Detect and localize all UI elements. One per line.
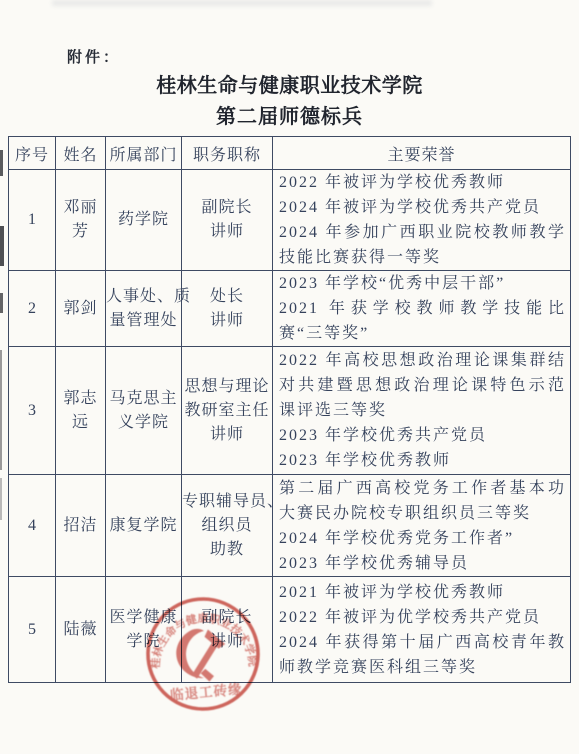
cell-serial-number: 3: [9, 347, 56, 475]
cell-serial-number: 1: [9, 170, 56, 271]
cell-name-line: 郭志: [56, 387, 105, 411]
cell-name: 郭志远: [56, 347, 106, 475]
cell-position-title-line: 讲师: [182, 423, 272, 447]
cell-department-line: 义学院: [106, 411, 181, 435]
cell-position-title-line: 组织员: [182, 514, 272, 538]
cell-position-title-line: 助教: [182, 538, 272, 562]
cell-name-line: 招洁: [56, 514, 105, 538]
cell-position-title: 处长讲师: [182, 271, 273, 347]
cell-position-title-line: 讲师: [182, 630, 272, 654]
honor-item: 2023 年学校优秀教师: [279, 448, 566, 473]
honor-roll-table: 序号姓名所属部门职务职称主要荣誉 1邓丽芳药学院副院长讲师2022 年被评为学校…: [8, 136, 571, 683]
cell-position-title-line: 讲师: [182, 220, 272, 244]
table-row: 1邓丽芳药学院副院长讲师2022 年被评为学校优秀教师2024 年被评为学校优秀…: [9, 170, 571, 271]
cell-name-line: 邓丽: [56, 196, 105, 220]
cell-department: 康复学院: [106, 475, 182, 577]
scan-edge-artifact: [0, 150, 3, 176]
scanned-document-page: 附件： 桂林生命与健康职业技术学院 第二届师德标兵 序号姓名所属部门职务职称主要…: [0, 0, 579, 754]
cell-name: 陆薇: [56, 577, 106, 683]
honor-item: 第二届广西高校党务工作者基本功大赛民办院校专职组织员三等奖: [279, 476, 566, 526]
honor-item: 2022 年高校思想政治理论课集群结对共建暨思想政治理论课特色示范课评选三等奖: [279, 348, 566, 423]
scan-edge-artifact: [0, 350, 2, 470]
cell-position-title-line: 处长: [182, 285, 272, 309]
cell-position-title-line: 教研室主任: [182, 399, 272, 423]
honor-item: 2024 年获得第十届广西高校青年教师教学竞赛医科组三等奖: [279, 630, 566, 680]
document-title-line2: 第二届师德标兵: [0, 100, 579, 129]
scan-edge-artifact: [0, 226, 4, 266]
cell-position-title-line: 思想与理论: [182, 375, 272, 399]
cell-department-line: 医学健康: [106, 606, 181, 630]
cell-department-line: 药学院: [106, 208, 181, 232]
table-row: 2郭剑人事处、质量管理处处长讲师2023 年学校“优秀中层干部”2021 年获学…: [9, 271, 571, 347]
table-row: 5陆薇医学健康学院副院长讲师2021 年被评为学校优秀教师2022 年被评为优学…: [9, 577, 571, 683]
cell-position-title: 思想与理论教研室主任讲师: [182, 347, 273, 475]
cell-position-title: 副院长讲师: [182, 170, 273, 271]
honor-item: 2022 年被评为优学校秀共产党员: [279, 605, 566, 630]
honor-item: 2023 年学校优秀共产党员: [279, 423, 566, 448]
scan-smudge-top: [52, 0, 432, 6]
cell-position-title-line: 讲师: [182, 309, 272, 333]
attachment-label: 附件：: [67, 46, 121, 67]
honor-item: 2024 年参加广西职业院校教师教学技能比赛获得一等奖: [279, 220, 566, 270]
honor-item: 2021 年获学校教师教学技能比赛“三等奖”: [279, 296, 566, 346]
cell-department-line: 量管理处: [106, 309, 181, 333]
cell-name: 邓丽芳: [56, 170, 106, 271]
cell-position-title-line: 副院长: [182, 606, 272, 630]
table-header-row: 序号姓名所属部门职务职称主要荣誉: [9, 137, 571, 170]
honor-item: 2021 年被评为学校优秀教师: [279, 580, 566, 605]
cell-department: 医学健康学院: [106, 577, 182, 683]
cell-department-line: 马克思主: [106, 387, 181, 411]
honor-item: 2022 年被评为学校优秀教师: [279, 170, 566, 195]
cell-position-title: 副院长讲师: [182, 577, 273, 683]
cell-name: 招洁: [56, 475, 106, 577]
honor-item: 2023 年学校“优秀中层干部”: [279, 271, 566, 296]
cell-name-line: 远: [56, 411, 105, 435]
cell-main-honors: 2021 年被评为学校优秀教师2022 年被评为优学校秀共产党员2024 年获得…: [273, 577, 571, 683]
cell-serial-number: 2: [9, 271, 56, 347]
cell-department-line: 学院: [106, 630, 181, 654]
column-header-0: 序号: [9, 137, 56, 170]
honor-item: 2024 年被评为学校优秀共产党员: [279, 195, 566, 220]
cell-serial-number: 4: [9, 475, 56, 577]
seal-bottom-text: 临退工砖缘: [170, 681, 244, 703]
honor-item: 2024 年学校优秀党务工作者”: [279, 526, 566, 551]
cell-serial-number: 5: [9, 577, 56, 683]
cell-department: 马克思主义学院: [106, 347, 182, 475]
cell-name-line: 芳: [56, 220, 105, 244]
cell-department-line: 人事处、质: [106, 285, 181, 309]
cell-position-title: 专职辅导员、组织员助教: [182, 475, 273, 577]
cell-main-honors: 2023 年学校“优秀中层干部”2021 年获学校教师教学技能比赛“三等奖”: [273, 271, 571, 347]
cell-main-honors: 2022 年高校思想政治理论课集群结对共建暨思想政治理论课特色示范课评选三等奖2…: [273, 347, 571, 475]
cell-name-line: 陆薇: [56, 618, 105, 642]
table-row: 4招洁康复学院专职辅导员、组织员助教第二届广西高校党务工作者基本功大赛民办院校专…: [9, 475, 571, 577]
column-header-4: 主要荣誉: [273, 137, 571, 170]
cell-position-title-line: 专职辅导员、: [182, 490, 272, 514]
cell-name: 郭剑: [56, 271, 106, 347]
table-row: 3郭志远马克思主义学院思想与理论教研室主任讲师2022 年高校思想政治理论课集群…: [9, 347, 571, 475]
cell-department: 药学院: [106, 170, 182, 271]
honor-item: 2023 年学校优秀辅导员: [279, 551, 566, 576]
cell-main-honors: 2022 年被评为学校优秀教师2024 年被评为学校优秀共产党员2024 年参加…: [273, 170, 571, 271]
scan-edge-artifact: [0, 478, 2, 520]
cell-name-line: 郭剑: [56, 297, 105, 321]
cell-position-title-line: 副院长: [182, 196, 272, 220]
cell-department: 人事处、质量管理处: [106, 271, 182, 347]
cell-main-honors: 第二届广西高校党务工作者基本功大赛民办院校专职组织员三等奖2024 年学校优秀党…: [273, 475, 571, 577]
scan-edge-artifact: [0, 293, 3, 313]
column-header-3: 职务职称: [182, 137, 273, 170]
document-title-line1: 桂林生命与健康职业技术学院: [0, 69, 579, 98]
column-header-2: 所属部门: [106, 137, 182, 170]
cell-department-line: 康复学院: [106, 514, 181, 538]
column-header-1: 姓名: [56, 137, 106, 170]
